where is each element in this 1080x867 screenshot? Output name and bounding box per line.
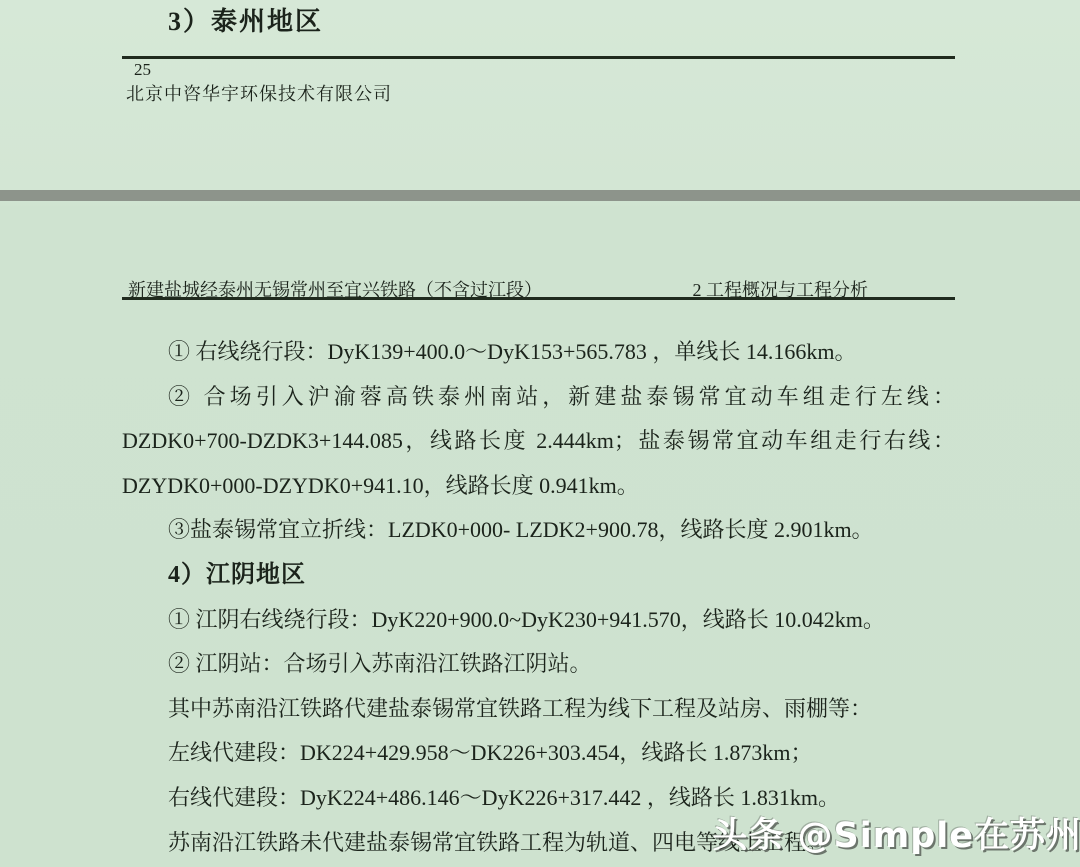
page-break-band [0, 190, 1080, 201]
body-line: ② 合场引入沪渝蓉高铁泰州南站，新建盐泰锡常宜动车组走行左线： [122, 375, 955, 420]
body-line: ③盐泰锡常宜立折线：LZDK0+000- LZDK2+900.78，线路长度 2… [122, 508, 955, 553]
body-text: ① 右线绕行段：DyK139+400.0～DyK153+565.783 ，单线长… [122, 330, 955, 865]
body-line: 其中苏南沿江铁路代建盐泰锡常宜铁路工程为线下工程及站房、雨棚等： [122, 687, 955, 732]
section-heading-jiangyin: 4）江阴地区 [122, 553, 955, 598]
body-line: 左线代建段：DK224+429.958～DK226+303.454，线路长 1.… [122, 731, 955, 776]
toutiao-watermark: 头条 @Simple在苏州 [712, 808, 1080, 858]
header-rule [122, 297, 955, 300]
body-line: DZYDK0+000-DZYDK0+941.10，线路长度 0.941km。 [122, 464, 955, 509]
footer-rule [122, 56, 955, 59]
document-page: 3）泰州地区 25 北京中咨华宇环保技术有限公司 新建盐城经泰州无锡常州至宜兴铁… [0, 0, 1080, 867]
company-footer: 北京中咨华宇环保技术有限公司 [126, 80, 392, 106]
section-heading-taizhou: 3）泰州地区 [168, 1, 323, 38]
body-line: ① 江阴右线绕行段：DyK220+900.0~DyK230+941.570，线路… [122, 598, 955, 643]
body-line: ② 江阴站：合场引入苏南沿江铁路江阴站。 [122, 642, 955, 687]
page-number: 25 [134, 60, 151, 80]
body-line: DZDK0+700-DZDK3+144.085，线路长度 2.444km；盐泰锡… [122, 419, 955, 464]
body-line: ① 右线绕行段：DyK139+400.0～DyK153+565.783 ，单线长… [122, 330, 955, 375]
